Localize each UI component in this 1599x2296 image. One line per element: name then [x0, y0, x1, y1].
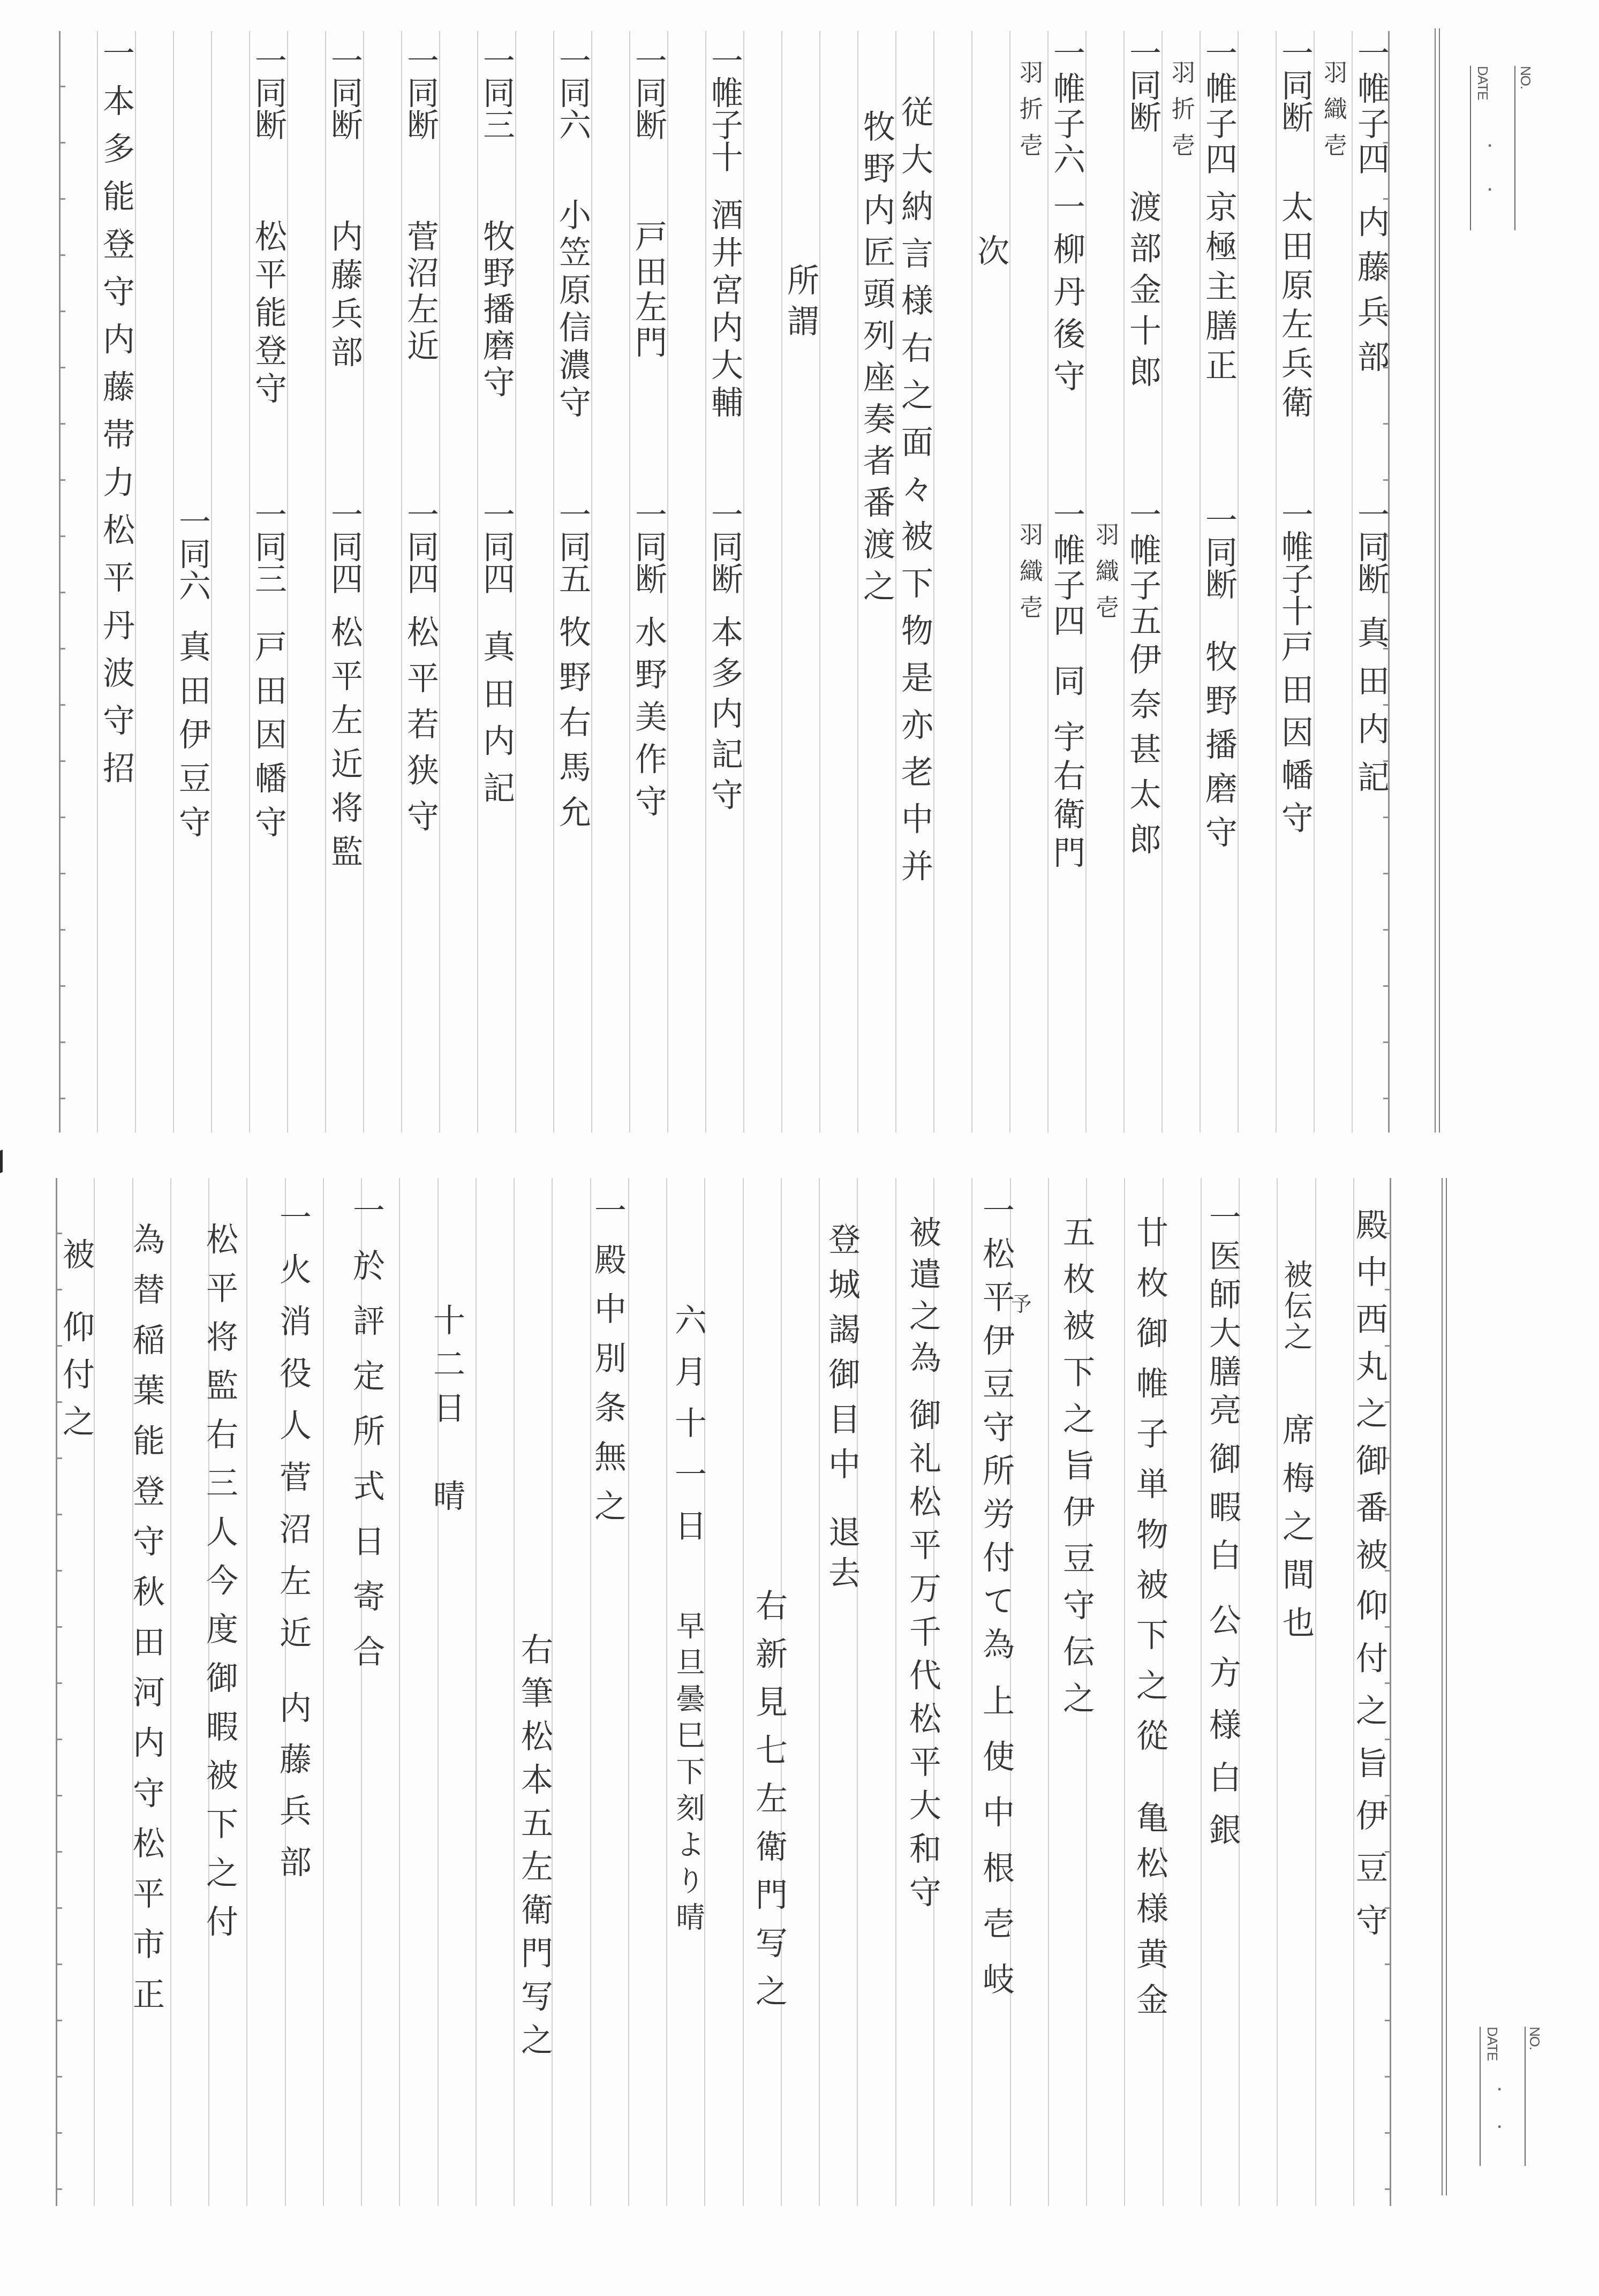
gift-item: 一同五: [556, 498, 589, 594]
narrative-line: 廿枚御帷子単物被下之從: [1134, 1215, 1166, 1769]
narrative-line: 被伝之: [1281, 1259, 1310, 1353]
recipient-name: 松平能登守: [252, 220, 284, 410]
narrative-line: 一本多能登守内藤帯力松平丹波守招: [100, 36, 132, 799]
annotation-note: 羽折壱: [1017, 60, 1040, 169]
narrative-line: 上使中根壱岐: [980, 1684, 1012, 2018]
no-label: NO.: [1528, 2027, 1542, 2050]
section-marker: 所謂: [785, 263, 817, 345]
gift-item: 一帷子四: [1355, 36, 1387, 178]
date-separator-dot: .: [1488, 134, 1492, 150]
date-separator-dot: .: [1497, 2115, 1502, 2131]
recipient-name: 本多内記守: [708, 615, 741, 819]
gift-item: 一同断: [1203, 503, 1235, 600]
gift-item: 一同断: [404, 44, 436, 140]
margin-ticks-left: [60, 31, 65, 1132]
date-separator-dot: .: [1488, 178, 1492, 194]
narrative-line: 一於評定所式日寄合: [350, 1194, 382, 1690]
gift-item: 一同三: [252, 498, 284, 594]
no-field-line: [1514, 66, 1515, 230]
narrative-line: 登城謁御目中: [826, 1222, 858, 1492]
recipient-name: 小笠原信濃守: [556, 198, 589, 423]
gift-item: 一帷子四: [1203, 36, 1235, 178]
recipient-name: 京極主膳正: [1203, 190, 1235, 388]
narrative-line: 被: [60, 1237, 92, 1270]
recipient-name: 真田伊豆守: [176, 630, 208, 849]
narrative-line: 内藤兵部: [277, 1691, 309, 1897]
date-separator-dot: .: [1497, 2078, 1502, 2094]
recipient-name: 太田原左兵衛: [1279, 190, 1311, 425]
no-label: NO.: [1519, 66, 1533, 89]
margin-double-rule: [1435, 28, 1440, 1132]
gift-item: 一同三: [480, 44, 512, 140]
narrative-line: 従大納言様右之面々被下物是亦老中并: [899, 95, 931, 896]
recipient-name: 戸田因幡守: [252, 630, 284, 849]
recipient-name: 一柳丹後守: [1051, 190, 1083, 402]
recipient-name: 真田内記: [480, 630, 512, 818]
section-marker: 次: [975, 234, 1007, 266]
annotation-note: 羽織壱: [1321, 60, 1345, 169]
gift-item: 一同断: [1355, 498, 1387, 594]
gift-item: 一同断: [1127, 36, 1159, 133]
recipient-name: 松平左近将監: [328, 615, 360, 879]
copyist-note: 右新見七左衛門写之: [753, 1589, 785, 2022]
gift-item: 一帷子十: [708, 44, 741, 172]
narrative-line: 亀松様黄金: [1134, 1801, 1166, 2028]
narrative-line: 御暇白: [1206, 1442, 1239, 1587]
gift-item: 一同六: [176, 505, 208, 601]
date-heading: 十二日: [431, 1303, 463, 1435]
date-heading: 六月十一日: [672, 1303, 704, 1560]
narrative-line: 仰付之: [60, 1310, 92, 1452]
date-label: DATE: [1476, 66, 1490, 100]
narrative-line: 為替稲葉能登守秋田河内守松平市正: [130, 1222, 162, 2028]
narrative-line: 一松平伊豆守所労付て為: [980, 1194, 1012, 1671]
gift-item: 一同四: [328, 498, 360, 594]
recipient-name: 宇右衛門: [1051, 720, 1083, 874]
recipient-name: 菅沼左近: [404, 220, 436, 365]
no-field-line: [1525, 2027, 1526, 2166]
recipient-name: 牧野右馬允: [556, 615, 589, 840]
recipient-name: 牧野播磨守: [1203, 640, 1235, 859]
binding-mark: [0, 1150, 3, 1173]
weather-note: 早旦曇巳下刻より晴: [674, 1611, 703, 1938]
date-label: DATE: [1485, 2027, 1499, 2060]
weather-note: 晴: [431, 1479, 463, 1511]
narrative-line: 一殿中別条無之: [592, 1194, 624, 1538]
recipient-name: 渡部金十郎: [1127, 190, 1159, 396]
gift-item: 一帷子四: [1051, 498, 1083, 639]
narrative-line: 五枚被下之旨伊豆守伝之: [1060, 1215, 1092, 1728]
gift-item: 一帷子十: [1279, 498, 1311, 626]
gift-item: 一帷子六: [1051, 36, 1083, 178]
narrative-line: 一医師大膳亮: [1206, 1200, 1239, 1432]
narrative-line: 退去: [826, 1515, 858, 1597]
recipient-name: 松平若狭守: [404, 615, 436, 845]
narrative-line: 公方様白銀: [1206, 1603, 1239, 1865]
recipient-name: 真田内記: [1355, 616, 1387, 809]
narrative-line: 被遣之為: [907, 1215, 939, 1383]
recipient-name: 内藤兵部: [328, 220, 360, 374]
gift-item: 一同断: [632, 498, 665, 594]
recipient-name: 酒井宮内大輔: [708, 198, 741, 423]
date-field-line: [1470, 66, 1471, 230]
recipient-name: 牧野播磨守: [480, 220, 512, 402]
recipient-name: 戸田左門: [632, 220, 665, 361]
annotation-note: 羽織壱: [1017, 522, 1040, 631]
notebook-scan: NO. DATE . . 一帷子四 羽織壱 内藤兵部 一同断 真田内記 一同断 …: [0, 0, 1599, 2296]
gift-item: 一同断: [632, 44, 665, 140]
recipient-name: 水野美作守: [632, 615, 665, 827]
narrative-line: 御礼松平万千代松平大和守: [907, 1398, 939, 1919]
annotation-note: 羽折壱: [1169, 60, 1193, 169]
recipient-name: 伊奈甚太郎: [1127, 643, 1159, 867]
narrative-line: 一火消役人菅沼左近: [277, 1200, 309, 1668]
gift-item: 一同四: [480, 498, 512, 594]
gift-item: 一同断: [252, 44, 284, 140]
date-field-line: [1480, 2027, 1481, 2166]
margin-double-rule: [1442, 1178, 1447, 2195]
recipient-name: 戸田因幡守: [1279, 630, 1311, 844]
copyist-note: 右筆松本五左衛門写之: [518, 1633, 550, 2066]
gift-item: 一同断: [708, 498, 741, 594]
ruled-grid: [56, 1178, 1391, 2206]
recipient-name: 同: [1051, 664, 1083, 696]
narrative-line: 殿中西丸之御番被: [1353, 1208, 1385, 1585]
gift-item: 一同断: [328, 44, 360, 140]
narrative-line: 牧野内匠頭列座奏者番渡之: [861, 110, 893, 611]
annotation-note: 予: [1009, 1293, 1030, 1313]
narrative-line: 席梅之間也: [1280, 1413, 1312, 1654]
gift-item: 一同断: [1279, 36, 1311, 133]
annotation-note: 羽織壱: [1093, 522, 1117, 631]
recipient-name: 内藤兵部: [1355, 205, 1387, 385]
gift-item: 一同六: [556, 44, 589, 140]
gift-item: 一同四: [404, 498, 436, 594]
narrative-line: 仰付之旨伊豆守: [1353, 1589, 1385, 1956]
narrative-line: 松平将監右三人今度御暇被下之付: [203, 1222, 236, 1953]
gift-item: 一帷子五: [1127, 498, 1159, 639]
